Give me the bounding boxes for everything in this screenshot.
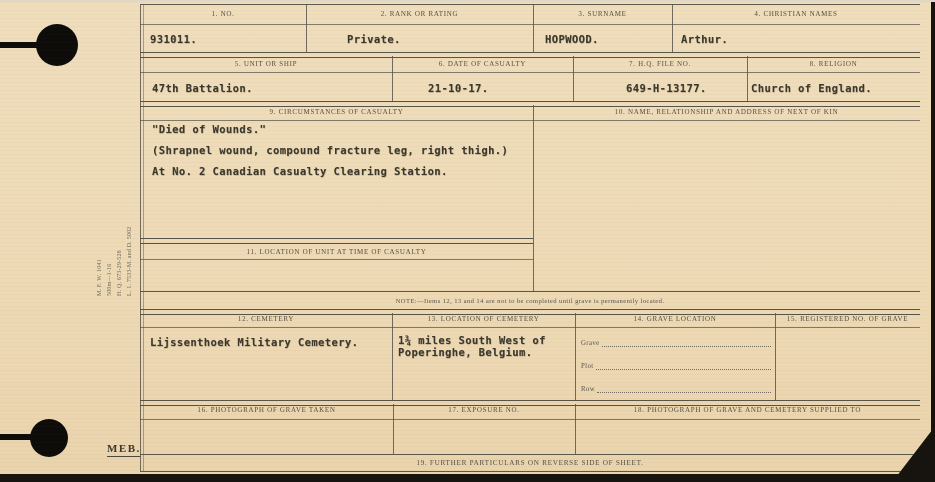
hole-punch-bottom (30, 419, 68, 457)
field-value-hq-file-no: 649-H-13177. (626, 83, 707, 95)
circumstances-line: (Shrapnel wound, compound fracture leg, … (152, 145, 508, 157)
note-text: NOTE:—Items 12, 13 and 14 are not to be … (140, 298, 920, 305)
divider-line (140, 4, 920, 5)
divider-line (140, 120, 920, 121)
divider-line (533, 105, 534, 291)
field-value-no: 931011. (150, 34, 197, 46)
plot-line-label: Plot (581, 363, 594, 370)
field-label-religion: 8. RELIGION (747, 60, 920, 68)
footer-text: 19. FURTHER PARTICULARS ON REVERSE SIDE … (140, 459, 920, 467)
stamp-line: M. F. W. 1041 (95, 202, 105, 296)
divider-line (140, 101, 920, 107)
dotted-leader (597, 391, 771, 393)
field-label-christian-names: 4. CHRISTIAN NAMES (672, 10, 920, 18)
field-label-unit: 5. UNIT OR SHIP (140, 60, 392, 68)
scan-top-edge (0, 0, 935, 2)
field-label-exposure-no: 17. EXPOSURE NO. (393, 406, 575, 414)
field-label-hq-file-no: 7. H.Q. FILE NO. (573, 60, 747, 68)
field-value-unit: 47th Battalion. (152, 83, 253, 95)
dotted-leader (596, 368, 771, 370)
divider-line (140, 259, 533, 260)
grave-line: Grave (581, 340, 771, 347)
circumstances-line: "Died of Wounds." (152, 124, 508, 136)
cemetery-location-line: Poperinghe, Belgium. (398, 347, 546, 359)
hole-punch-top (36, 24, 78, 66)
plot-line: Plot (581, 363, 771, 370)
divider-line (140, 471, 920, 472)
divider-line (140, 24, 920, 25)
field-value-cemetery-location: 1¾ miles South West of Poperinghe, Belgi… (398, 335, 546, 359)
divider-line (775, 313, 776, 400)
field-label-surname: 3. SURNAME (533, 10, 672, 18)
field-value-date-of-casualty: 21-10-17. (428, 83, 489, 95)
divider-line (140, 72, 920, 73)
divider-line (140, 52, 920, 58)
field-label-unit-location: 11. LOCATION OF UNIT AT TIME OF CASUALTY (140, 248, 533, 256)
field-label-registered-no: 15. REGISTERED NO. OF GRAVE (775, 315, 920, 323)
field-value-christian-names: Arthur. (681, 34, 728, 46)
field-label-circumstances: 9. CIRCUMSTANCES OF CASUALTY (140, 108, 533, 116)
cemetery-location-line: 1¾ miles South West of (398, 335, 546, 347)
stamp-line: 500m—1-16 (105, 202, 115, 296)
field-label-photo-taken: 16. PHOTOGRAPH OF GRAVE TAKEN (140, 406, 393, 414)
field-label-no: 1. NO. (140, 10, 306, 18)
form-number-stamp: M. F. W. 1041 500m—1-16 H. Q. 673-29-528… (95, 202, 139, 296)
divider-line (140, 327, 920, 328)
stamp-line: L. 1. 7533-M. and D. 5002 (125, 202, 135, 296)
divider-line (140, 291, 920, 292)
field-label-cemetery: 12. CEMETERY (140, 315, 392, 323)
stamp-line: H. Q. 673-29-528 (115, 202, 125, 296)
grave-line-label: Grave (581, 340, 600, 347)
handwritten-initials: MEB. (107, 443, 141, 457)
record-card: M. F. W. 1041 500m—1-16 H. Q. 673-29-528… (0, 2, 931, 474)
field-label-grave-location: 14. GRAVE LOCATION (575, 315, 775, 323)
dotted-leader (602, 345, 771, 347)
field-value-rank: Private. (347, 34, 401, 46)
field-label-cemetery-location: 13. LOCATION OF CEMETERY (392, 315, 575, 323)
field-value-surname: HOPWOOD. (545, 34, 599, 46)
circumstances-line: At No. 2 Canadian Casualty Clearing Stat… (152, 166, 508, 178)
divider-line (140, 419, 920, 420)
field-label-photo-supplied: 18. PHOTOGRAPH OF GRAVE AND CEMETERY SUP… (575, 406, 920, 414)
field-label-date-of-casualty: 6. DATE OF CASUALTY (392, 60, 573, 68)
divider-line (140, 454, 920, 455)
field-label-next-of-kin: 10. NAME, RELATIONSHIP AND ADDRESS OF NE… (533, 108, 920, 116)
field-value-cemetery: Lijssenthoek Military Cemetery. (150, 337, 358, 349)
row-line-label: Row (581, 386, 595, 393)
divider-line (140, 238, 533, 244)
divider-line (575, 313, 576, 400)
circumstances-text: "Died of Wounds." (Shrapnel wound, compo… (152, 124, 508, 187)
field-label-rank: 2. RANK OR RATING (306, 10, 533, 18)
divider-line (392, 313, 393, 400)
field-value-religion: Church of England. (751, 83, 872, 95)
row-line: Row (581, 386, 771, 393)
